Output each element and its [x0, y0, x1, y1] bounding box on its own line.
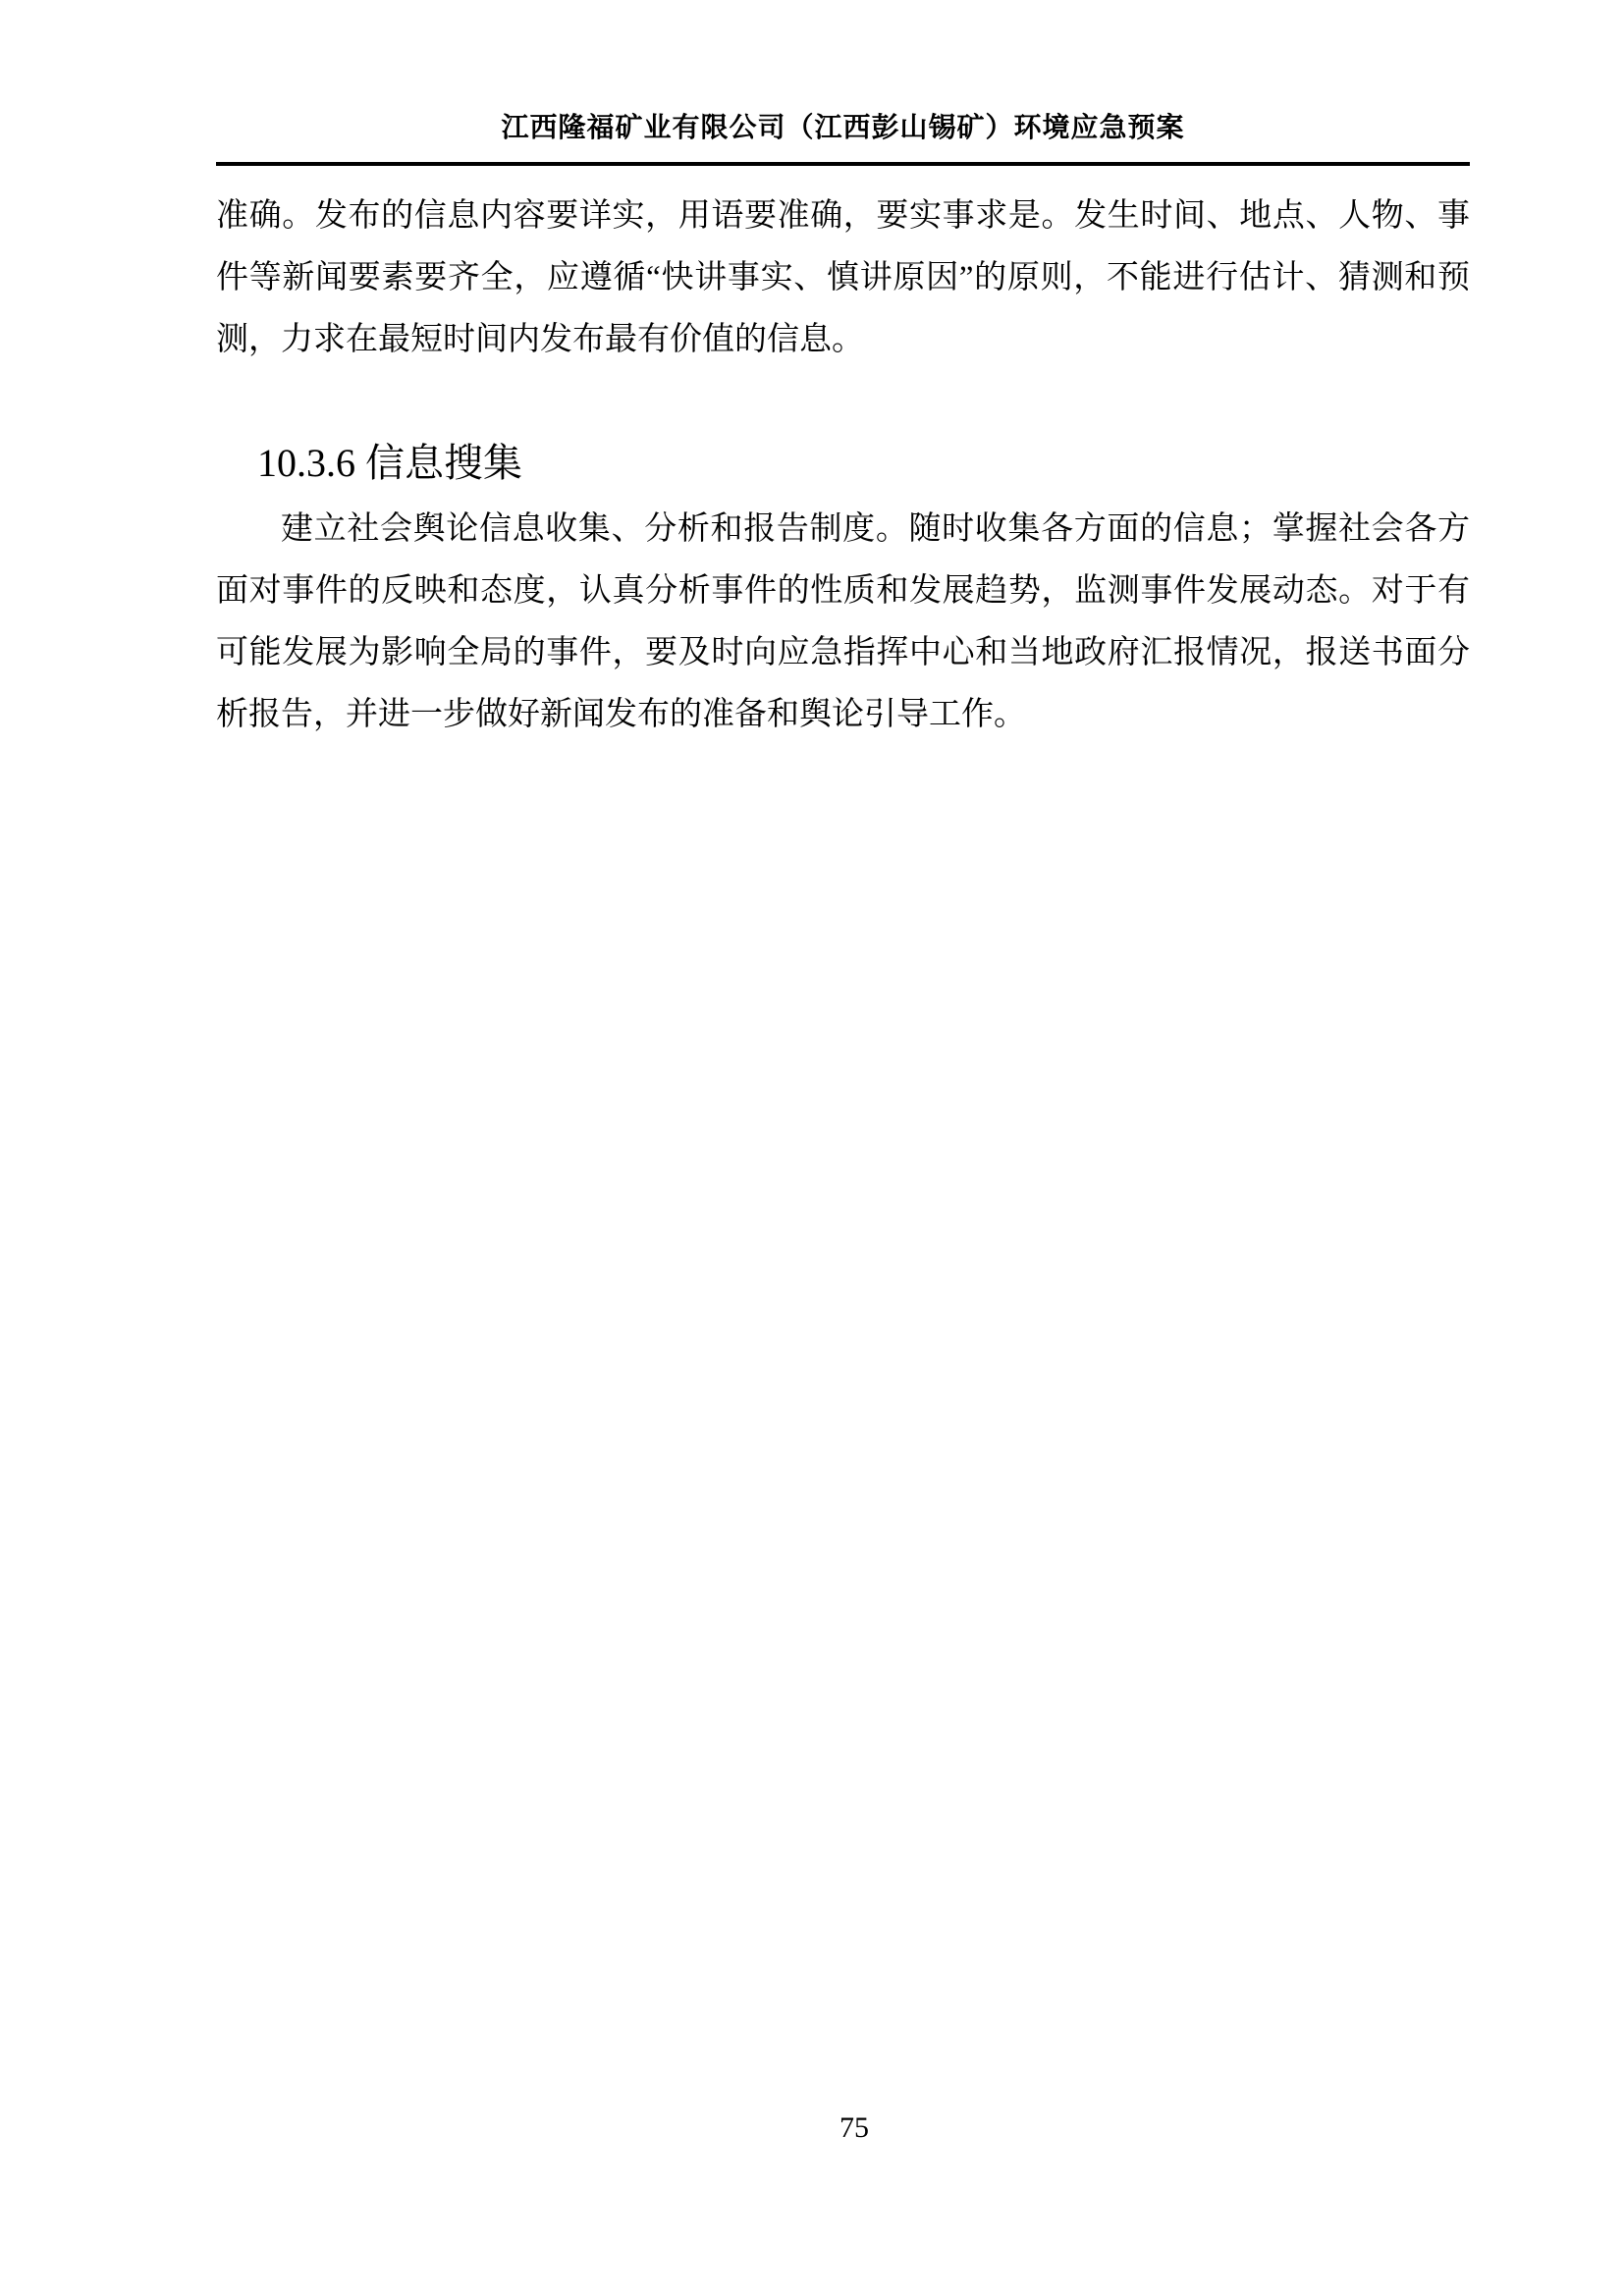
page-footer: 75 — [216, 2110, 1492, 2146]
page-body: 准确。发布的信息内容要详实，用语要准确，要实事求是。发生时间、地点、人物、事件等… — [216, 186, 1470, 746]
paragraph-information-release: 准确。发布的信息内容要详实，用语要准确，要实事求是。发生时间、地点、人物、事件等… — [216, 186, 1470, 371]
page-header: 江西隆福矿业有限公司（江西彭山锡矿）环境应急预案 — [216, 0, 1470, 166]
document-page: 江西隆福矿业有限公司（江西彭山锡矿）环境应急预案 准确。发布的信息内容要详实，用… — [0, 0, 1624, 2296]
page-number: 75 — [839, 2111, 869, 2144]
paragraph-information-collection: 建立社会舆论信息收集、分析和报告制度。随时收集各方面的信息；掌握社会各方面对事件… — [216, 499, 1470, 746]
section-heading-10-3-6: 10.3.6 信息搜集 — [216, 438, 1470, 489]
header-title: 江西隆福矿业有限公司（江西彭山锡矿）环境应急预案 — [216, 110, 1470, 145]
